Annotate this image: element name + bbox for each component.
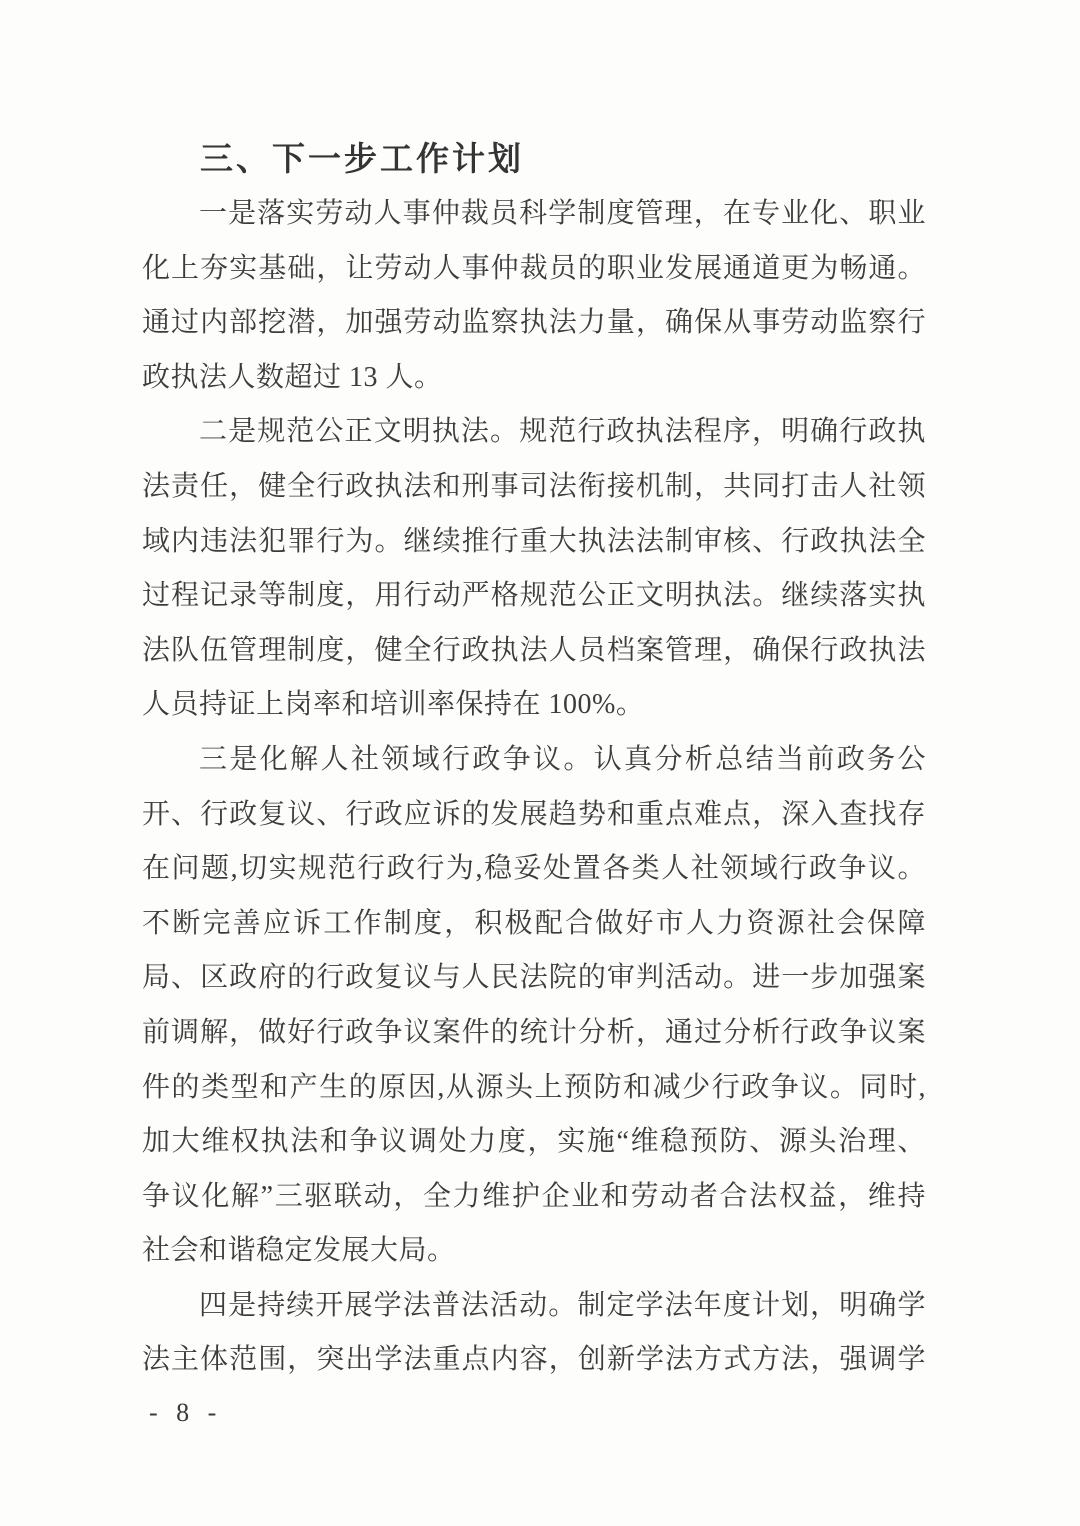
paragraph-line: 一是落实劳动人事仲裁员科学制度管理，在专业化、职业 [142, 187, 926, 242]
paragraph-line: 二是规范公正文明执法。规范行政执法程序，明确行政执 [142, 405, 926, 460]
paragraph-line: 件的类型和产生的原因,从源头上预防和减少行政争议。同时, [142, 1061, 926, 1116]
paragraph-line: 法队伍管理制度，健全行政执法人员档案管理，确保行政执法 [142, 624, 926, 679]
document-text-block: 三、下一步工作计划 一是落实劳动人事仲裁员科学制度管理，在专业化、职业 化上夯实… [142, 130, 926, 1388]
paragraph-line: 四是持续开展学法普法活动。制定学法年度计划，明确学 [142, 1279, 926, 1334]
paragraph-line: 政执法人数超过 13 人。 [142, 351, 926, 406]
paragraph-line: 局、区政府的行政复议与人民法院的审判活动。进一步加强案 [142, 951, 926, 1006]
paragraph-line: 在问题,切实规范行政行为,稳妥处置各类人社领域行政争议。 [142, 842, 926, 897]
paragraph-line: 争议化解”三驱联动，全力维护企业和劳动者合法权益，维持 [142, 1170, 926, 1225]
document-page: 三、下一步工作计划 一是落实劳动人事仲裁员科学制度管理，在专业化、职业 化上夯实… [0, 0, 1080, 1526]
paragraph-line: 域内违法犯罪行为。继续推行重大执法法制审核、行政执法全 [142, 515, 926, 570]
paragraph-line: 化上夯实基础，让劳动人事仲裁员的职业发展通道更为畅通。 [142, 242, 926, 297]
paragraph-line: 法责任，健全行政执法和刑事司法衔接机制，共同打击人社领 [142, 460, 926, 515]
paragraph-line: 过程记录等制度，用行动严格规范公正文明执法。继续落实执 [142, 569, 926, 624]
page-number: - 8 - [149, 1398, 222, 1428]
section-heading: 三、下一步工作计划 [142, 130, 926, 187]
paragraph-line: 法主体范围，突出学法重点内容，创新学法方式方法，强调学 [142, 1333, 926, 1388]
paragraph-line: 开、行政复议、行政应诉的发展趋势和重点难点，深入查找存 [142, 788, 926, 843]
paragraph-line: 不断完善应诉工作制度，积极配合做好市人力资源社会保障 [142, 897, 926, 952]
paragraph-line: 前调解，做好行政争议案件的统计分析，通过分析行政争议案 [142, 1006, 926, 1061]
paragraph-line: 加大维权执法和争议调处力度，实施“维稳预防、源头治理、 [142, 1115, 926, 1170]
paragraph-line: 社会和谐稳定发展大局。 [142, 1224, 926, 1279]
paragraph-line: 三是化解人社领域行政争议。认真分析总结当前政务公 [142, 733, 926, 788]
paragraph-line: 通过内部挖潜，加强劳动监察执法力量，确保从事劳动监察行 [142, 296, 926, 351]
paragraph-line: 人员持证上岗率和培训率保持在 100%。 [142, 678, 926, 733]
